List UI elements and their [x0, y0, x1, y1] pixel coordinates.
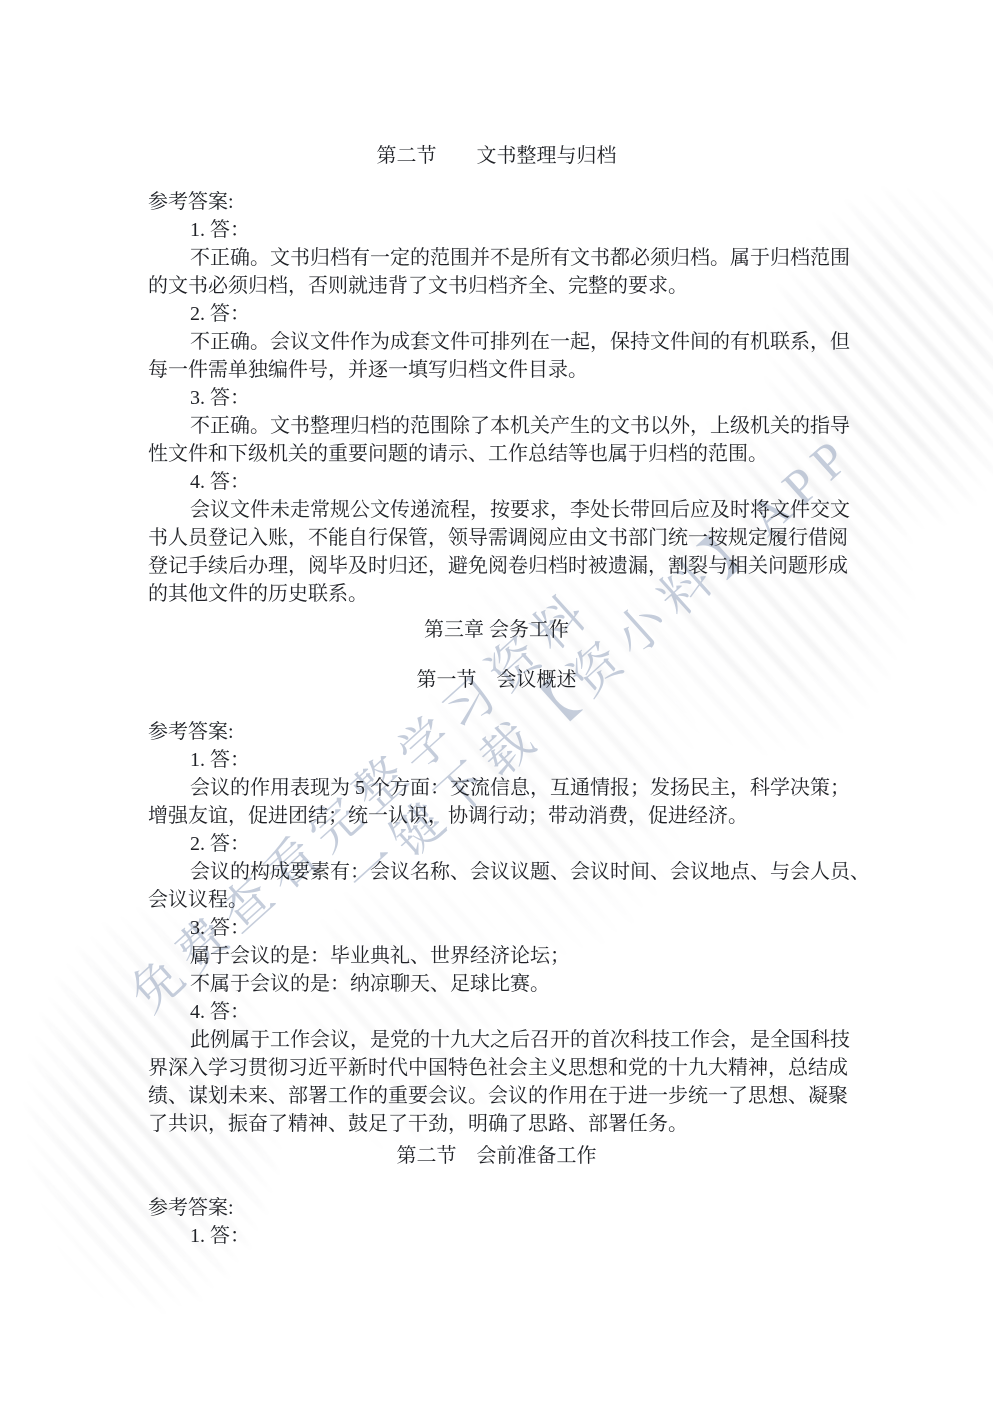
answer-number-label: 2. 答： — [148, 830, 845, 858]
answer-number-label: 3. 答： — [148, 384, 845, 412]
answer-number-label: 1. 答： — [148, 1222, 845, 1250]
answer-text-line: 会议议程。 — [148, 886, 845, 914]
reference-answers-label: 参考答案: — [148, 188, 845, 216]
chapter-heading: 第三章 会务工作 — [148, 616, 845, 644]
answer-text-line: 增强友谊，促进团结；统一认识，协调行动；带动消费，促进经济。 — [148, 802, 845, 830]
answer-text-line: 不属于会议的是：纳凉聊天、足球比赛。 — [148, 970, 845, 998]
answer-number-label: 1. 答： — [148, 746, 845, 774]
document-page: 免费查看完整学习资料 一键下载【资小料】APP 第二节 文书整理与归档 参考答案… — [0, 0, 993, 1404]
answer-number-label: 1. 答： — [148, 216, 845, 244]
answer-text-line: 登记手续后办理，阅毕及时归还，避免阅卷归档时被遗漏，割裂与相关问题形成 — [148, 552, 845, 580]
answer-text-line: 会议文件未走常规公文传递流程，按要求，李处长带回后应及时将文件交文 — [148, 496, 845, 524]
answer-number-label: 3. 答： — [148, 914, 845, 942]
answer-text-line: 的其他文件的历史联系。 — [148, 580, 845, 608]
answer-text-line: 了共识，振奋了精神、鼓足了干劲，明确了思路、部署任务。 — [148, 1110, 845, 1138]
answer-number-label: 4. 答： — [148, 998, 845, 1026]
answer-text-line: 不正确。文书归档有一定的范围并不是所有文书都必须归档。属于归档范围 — [148, 244, 845, 272]
document-content: 第二节 文书整理与归档 参考答案: 1. 答： 不正确。文书归档有一定的范围并不… — [148, 0, 845, 1250]
answer-text-line: 每一件需单独编件号，并逐一填写归档文件目录。 — [148, 356, 845, 384]
section-heading: 第一节 会议概述 — [148, 666, 845, 694]
answer-text-line: 此例属于工作会议，是党的十九大之后召开的首次科技工作会，是全国科技 — [148, 1026, 845, 1054]
answer-text-line: 会议的构成要素有：会议名称、会议议题、会议时间、会议地点、与会人员、 — [148, 858, 845, 886]
answer-text-line: 绩、谋划未来、部署工作的重要会议。会议的作用在于进一步统一了思想、凝聚 — [148, 1082, 845, 1110]
answer-number-label: 2. 答： — [148, 300, 845, 328]
section-heading: 第二节 文书整理与归档 — [148, 142, 845, 170]
answer-text-line: 性文件和下级机关的重要问题的请示、工作总结等也属于归档的范围。 — [148, 440, 845, 468]
answer-text-line: 不正确。文书整理归档的范围除了本机关产生的文书以外，上级机关的指导 — [148, 412, 845, 440]
answer-text-line: 书人员登记入账，不能自行保管，领导需调阅应由文书部门统一按规定履行借阅 — [148, 524, 845, 552]
answer-number-label: 4. 答： — [148, 468, 845, 496]
answer-text-line: 属于会议的是：毕业典礼、世界经济论坛； — [148, 942, 845, 970]
reference-answers-label: 参考答案: — [148, 1194, 845, 1222]
answer-text-line: 的文书必须归档，否则就违背了文书归档齐全、完整的要求。 — [148, 272, 845, 300]
reference-answers-label: 参考答案: — [148, 718, 845, 746]
section-heading: 第二节 会前准备工作 — [148, 1142, 845, 1170]
answer-text-line: 不正确。会议文件作为成套文件可排列在一起，保持文件间的有机联系，但 — [148, 328, 845, 356]
answer-text-line: 界深入学习贯彻习近平新时代中国特色社会主义思想和党的十九大精神，总结成 — [148, 1054, 845, 1082]
answer-text-line: 会议的作用表现为 5 个方面：交流信息，互通情报；发扬民主，科学决策； — [148, 774, 845, 802]
